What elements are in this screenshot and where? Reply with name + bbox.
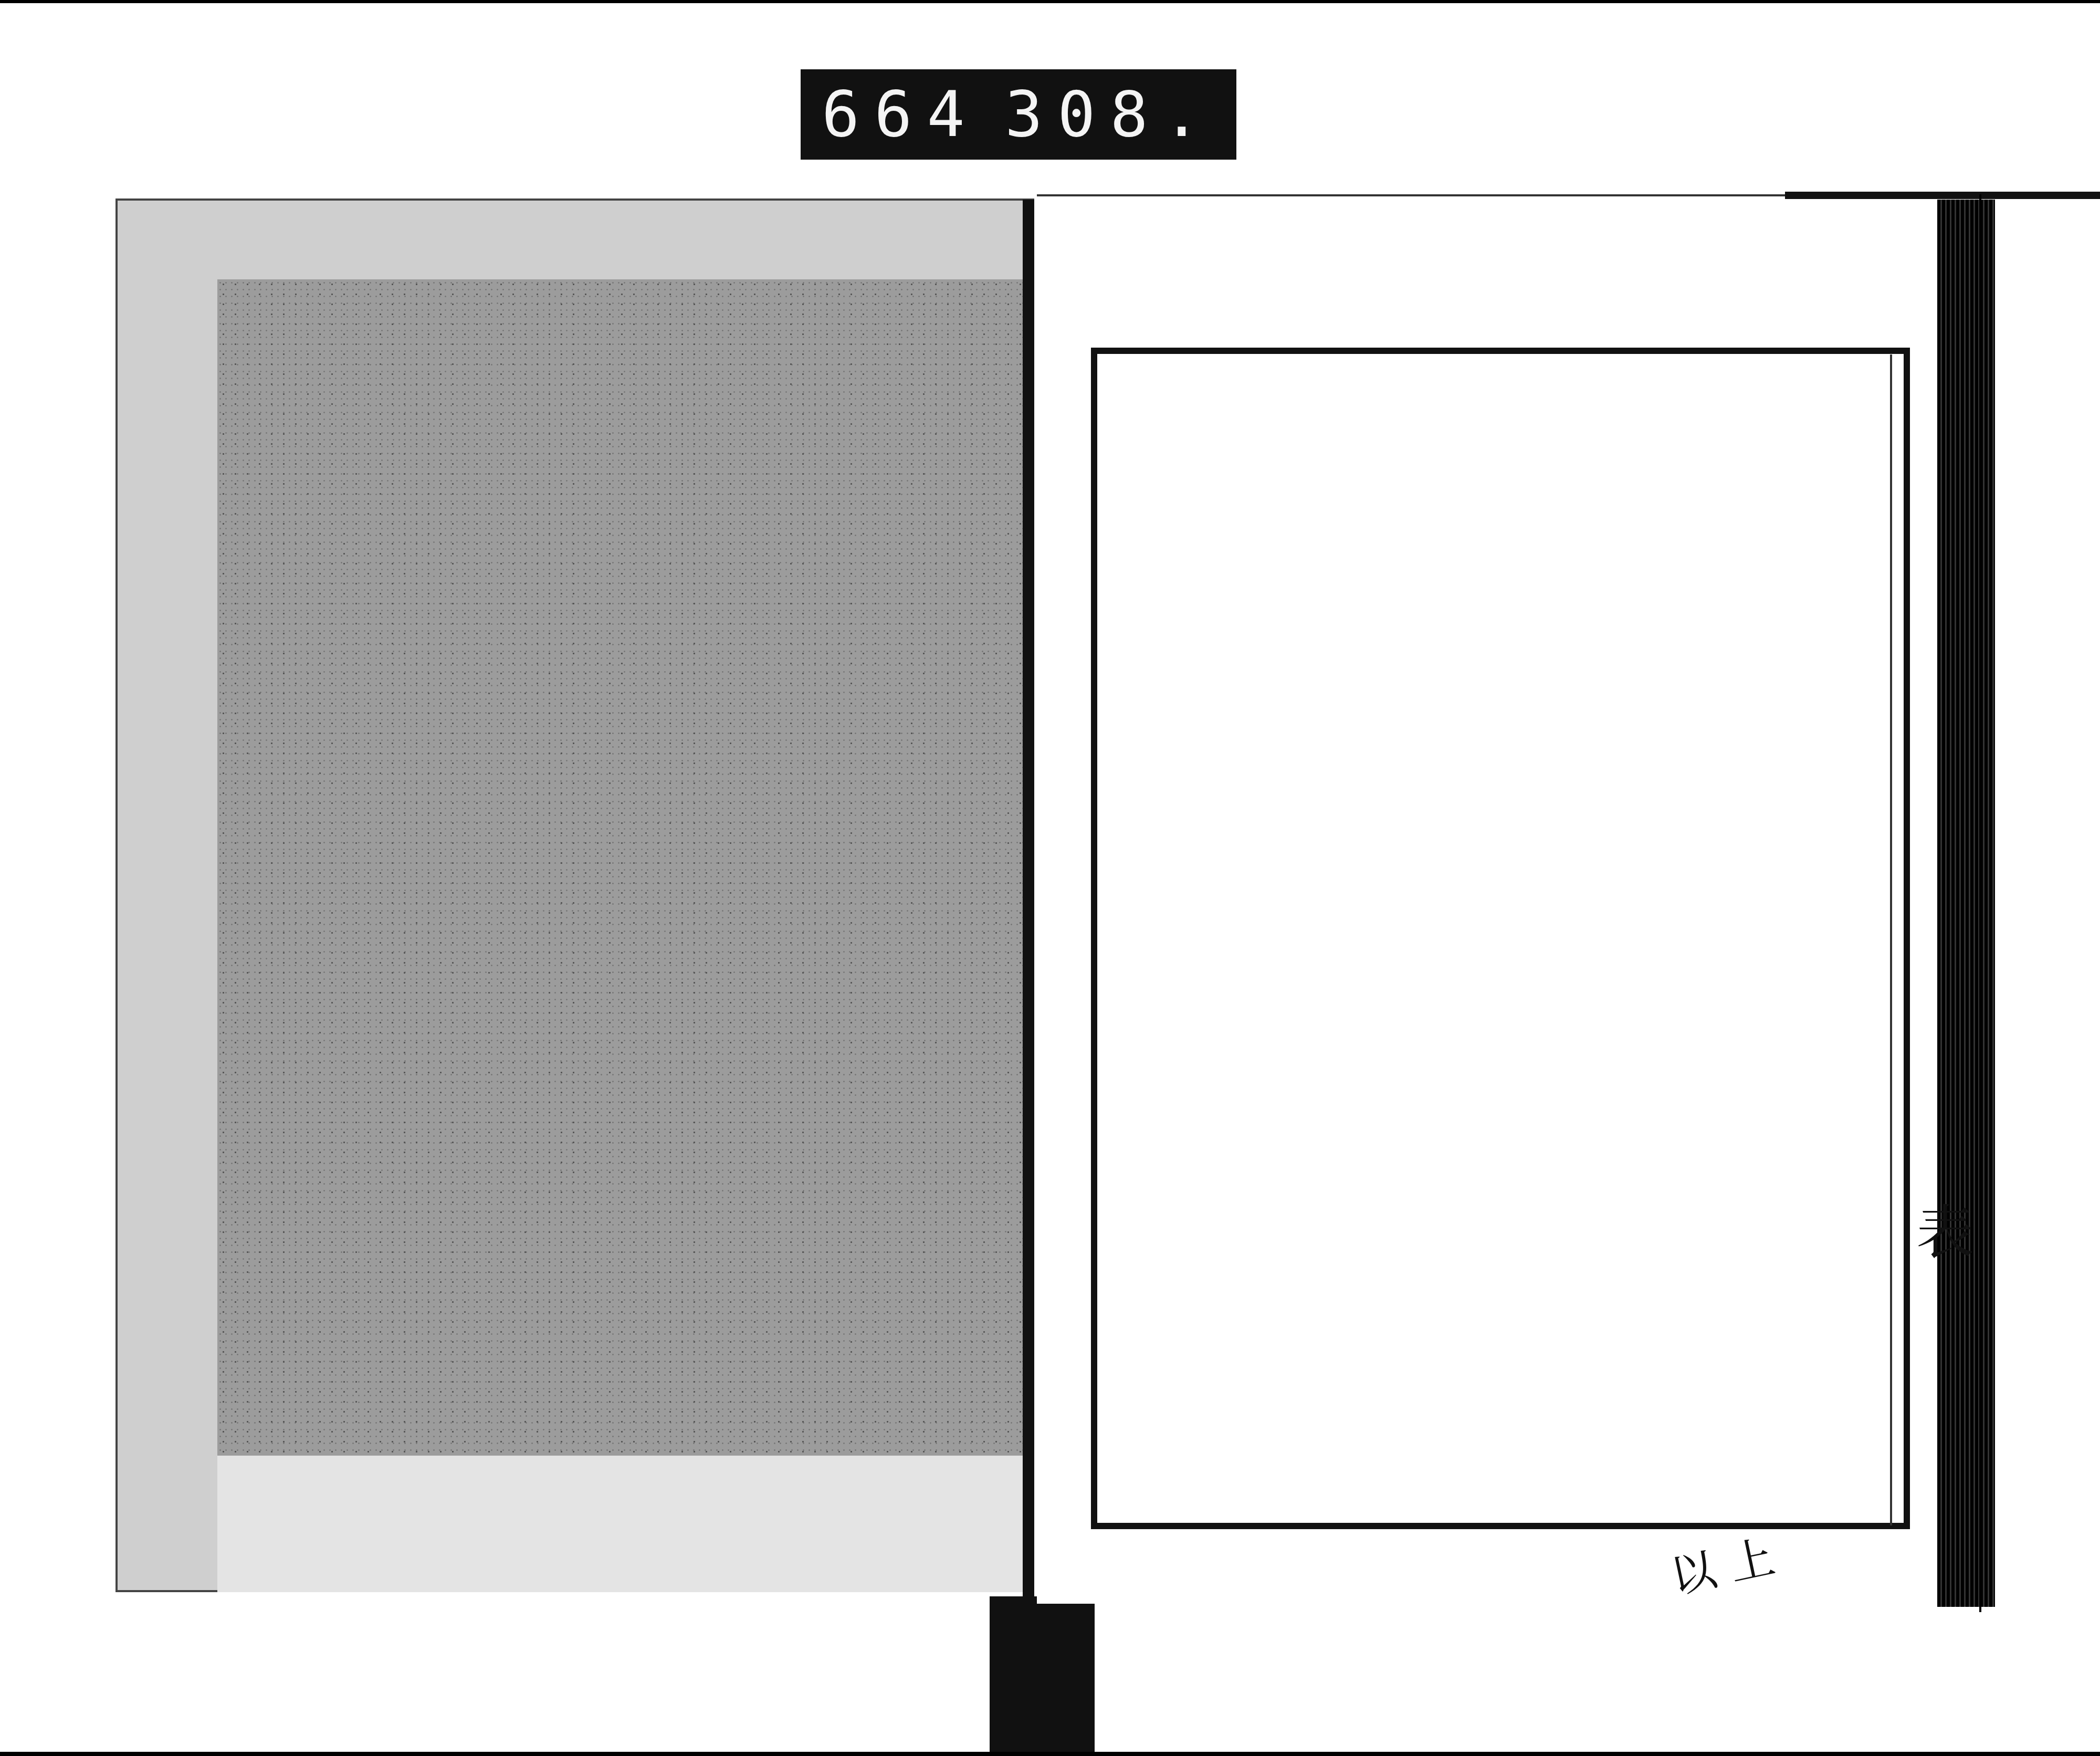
counter-right: 308. <box>1005 78 1215 151</box>
binding-tab <box>990 1596 1095 1752</box>
frame-counter: 664 308. <box>801 69 1236 160</box>
film-frame-bottom <box>0 1752 2100 1756</box>
page-ledge <box>1785 192 2100 199</box>
page-border-frame <box>1091 348 1910 1529</box>
left-cover-board <box>115 198 1034 1592</box>
scan-edge-line <box>1979 194 1981 1612</box>
counter-left: 664 <box>822 78 980 151</box>
margin-rule <box>1890 354 1892 1525</box>
gutter-line <box>1023 200 1034 1596</box>
cover-turn-in <box>217 1456 1034 1592</box>
book-fore-edge <box>1937 200 1995 1607</box>
margin-character: 表 <box>1916 1187 1974 1270</box>
endpaper-texture <box>217 279 1034 1456</box>
film-frame-top <box>0 0 2100 3</box>
